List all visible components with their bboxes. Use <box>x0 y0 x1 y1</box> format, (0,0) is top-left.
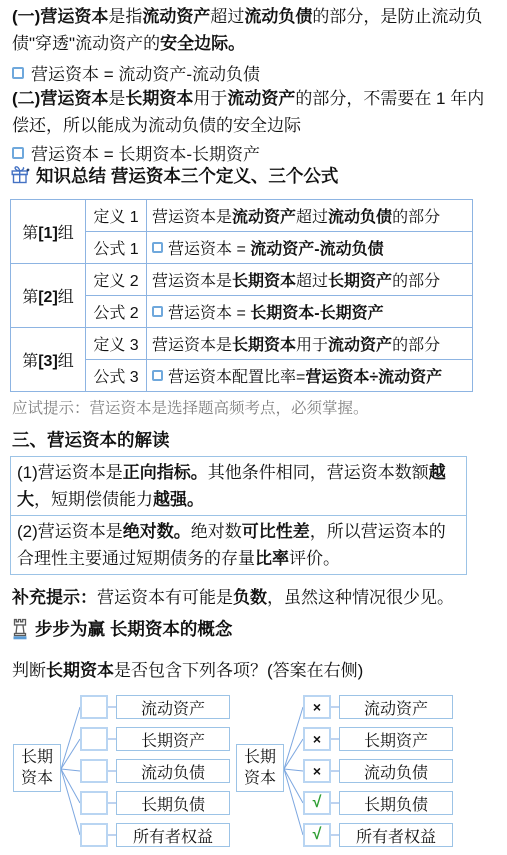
root-node: 长期 资本 <box>13 744 61 792</box>
definition-paragraph-1: (一)营运资本是指流动资产超过流动负债的部分，是防止流动负债"穿透"流动资产的安… <box>12 3 498 57</box>
quiz-diagram-answers: 长期 资本 × × × √ √ 流动资产 长期资产 流动负债 长期负债 所有者权… <box>235 690 457 852</box>
item-label: 流动资产 <box>339 695 453 719</box>
exam-hint: 应试提示：营运资本是选择题高频考点，必须掌握。 <box>12 396 369 418</box>
study-note-page: (一)营运资本是指流动资产超过流动负债的部分，是防止流动负债"穿透"流动资产的安… <box>0 0 507 855</box>
answer-box-empty <box>80 823 108 847</box>
item-label: 流动资产 <box>116 695 230 719</box>
interpretation-point-1: (1)营运资本是正向指标。其他条件相同，营运资本数额越大，短期偿债能力越强。 <box>11 457 466 516</box>
summary-heading-text: 知识总结 营运资本三个定义、三个公式 <box>36 163 338 188</box>
item-label: 长期负债 <box>116 791 230 815</box>
item-label: 所有者权益 <box>116 823 230 847</box>
square-bullet-icon <box>152 370 163 381</box>
group-name-1: 第[1]组 <box>11 200 86 264</box>
table-row: 第[1]组 定义 1 营运资本是流动资产超过流动负债的部分 <box>11 200 473 232</box>
item-label: 流动负债 <box>339 759 453 783</box>
def-text-3: 营运资本是长期资本用于流动资产的部分 <box>147 328 473 360</box>
summary-heading: 知识总结 营运资本三个定义、三个公式 <box>10 163 338 188</box>
interpretation-point-2: (2)营运资本是绝对数。绝对数可比性差，所以营运资本的合理性主要通过短期债务的存… <box>11 516 466 574</box>
answer-mark: √ <box>303 823 331 847</box>
def-label-3: 定义 3 <box>86 328 147 360</box>
stepwin-heading: 步步为赢 长期资本的概念 <box>10 616 232 641</box>
square-bullet-icon <box>152 306 163 317</box>
interpretation-box: (1)营运资本是正向指标。其他条件相同，营运资本数额越大，短期偿债能力越强。 (… <box>10 456 467 575</box>
item-label: 流动负债 <box>116 759 230 783</box>
formula-text: 营运资本 = 长期资本-长期资产 <box>31 140 260 165</box>
definition-paragraph-2: (二)营运资本是长期资本用于流动资产的部分，不需要在 1 年内偿还，所以能成为流… <box>12 85 498 139</box>
group-name-2: 第[2]组 <box>11 264 86 328</box>
root-node: 长期 资本 <box>236 744 284 792</box>
formula-text-1: 营运资本 = 流动资产-流动负债 <box>147 232 473 264</box>
answer-mark: × <box>303 695 331 719</box>
def-label-1: 定义 1 <box>86 200 147 232</box>
formula-label-1: 公式 1 <box>86 232 147 264</box>
answer-mark: × <box>303 759 331 783</box>
answer-box-empty <box>80 727 108 751</box>
table-row: 第[3]组 定义 3 营运资本是长期资本用于流动资产的部分 <box>11 328 473 360</box>
item-label: 长期负债 <box>339 791 453 815</box>
item-label: 长期资产 <box>339 727 453 751</box>
def-text-2: 营运资本是长期资本超过长期资产的部分 <box>147 264 473 296</box>
answer-box-empty <box>80 695 108 719</box>
item-label: 长期资产 <box>116 727 230 751</box>
item-label: 所有者权益 <box>339 823 453 847</box>
formula-text: 营运资本 = 流动资产-流动负债 <box>31 60 260 85</box>
stepwin-heading-text: 步步为赢 长期资本的概念 <box>35 616 232 641</box>
answer-box-empty <box>80 759 108 783</box>
formula-label-3: 公式 3 <box>86 360 147 392</box>
quiz-diagram-blank: 长期 资本 流动资产 长期资产 流动负债 长期负债 所有者权益 <box>12 690 234 852</box>
formula-text-3: 营运资本配置比率=营运资本÷流动资产 <box>147 360 473 392</box>
formula-label-2: 公式 2 <box>86 296 147 328</box>
formula-bullet-2: 营运资本 = 长期资本-长期资产 <box>12 140 260 165</box>
rook-icon <box>10 618 30 640</box>
gift-icon <box>10 165 31 186</box>
section3-heading: 三、营运资本的解读 <box>12 427 170 452</box>
formula-bullet-1: 营运资本 = 流动资产-流动负债 <box>12 60 260 85</box>
supplement-note: 补充提示：营运资本有可能是负数，虽然这种情况很少见。 <box>12 584 498 611</box>
summary-table: 第[1]组 定义 1 营运资本是流动资产超过流动负债的部分 公式 1 营运资本 … <box>10 199 473 392</box>
formula-text-2: 营运资本 = 长期资本-长期资产 <box>147 296 473 328</box>
table-row: 第[2]组 定义 2 营运资本是长期资本超过长期资产的部分 <box>11 264 473 296</box>
answer-box-empty <box>80 791 108 815</box>
answer-mark: × <box>303 727 331 751</box>
square-bullet-icon <box>12 147 24 159</box>
def-text-1: 营运资本是流动资产超过流动负债的部分 <box>147 200 473 232</box>
quiz-question: 判断长期资本是否包含下列各项？(答案在右侧) <box>12 656 363 681</box>
square-bullet-icon <box>12 67 24 79</box>
answer-mark: √ <box>303 791 331 815</box>
def-label-2: 定义 2 <box>86 264 147 296</box>
group-name-3: 第[3]组 <box>11 328 86 392</box>
square-bullet-icon <box>152 242 163 253</box>
